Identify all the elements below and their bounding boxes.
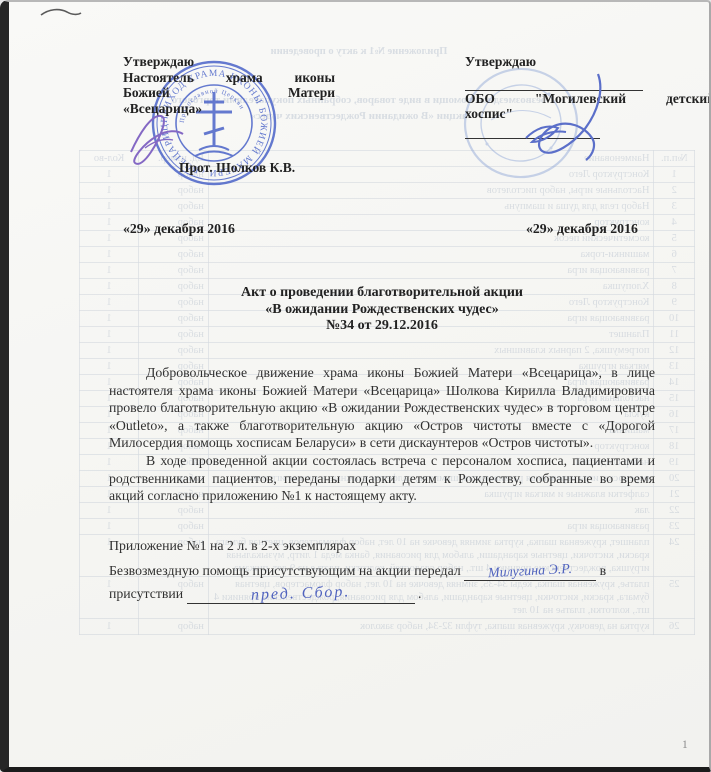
page-number: 1 — [682, 739, 688, 751]
approval-block-left: Утверждаю Настоятель храма иконы Божией … — [123, 54, 335, 116]
approve-line: «Всецарица» — [123, 101, 335, 117]
approve-line: Божией Матери — [123, 85, 335, 101]
paragraph-1: Добровольческое движение храма иконы Бож… — [109, 364, 655, 452]
handover-text: Безвозмездную помощь присутствующим на а… — [109, 563, 461, 578]
approve-line: Настоятель храма иконы — [123, 70, 335, 86]
approve-title-left: Утверждаю — [123, 54, 335, 70]
handwritten-witness: пред. Сбор. — [251, 583, 351, 604]
approve-word: Матери — [288, 85, 335, 101]
attachment-line: Приложение №1 на 2 л. в 2-х экземплярах — [109, 538, 356, 554]
act-title: Акт о проведении благотворительной акции… — [109, 285, 655, 335]
handover-line: Безвозмездную помощь присутствующим на а… — [109, 563, 655, 581]
act-body: Добровольческое движение храма иконы Бож… — [109, 364, 655, 505]
paragraph-2: В ходе проведенной акции состоялась встр… — [109, 452, 655, 505]
handover-signature-slot: Милугина Э.Р. — [464, 563, 596, 581]
date-left: «29» декабря 2016 — [123, 221, 235, 237]
date-right: «29» декабря 2016 — [526, 221, 638, 237]
scan-artifact-mark — [39, 6, 83, 20]
presence-signature-slot: пред. Сбор. — [187, 585, 415, 604]
presence-line: присутствии пред. Сбор. . — [109, 585, 422, 604]
presence-text: присутствии — [109, 586, 183, 601]
signature-right — [514, 64, 634, 164]
handwritten-name: Милугина Э.Р. — [488, 562, 573, 582]
document-content: ПРИХОД ХРАМА ИКОНЫ БОЖИЕЙ МАТЕРИ «ВСЕЦАР… — [9, 2, 709, 767]
document-page: Приложение №1 к акту о проведении безвоз… — [0, 0, 711, 772]
period: . — [418, 586, 421, 601]
approve-word: Божией — [123, 85, 170, 101]
act-title-line1: Акт о проведении благотворительной акции — [109, 285, 655, 302]
handover-text-suffix: в — [600, 563, 607, 578]
act-title-line3: №34 от 29.12.2016 — [109, 318, 655, 335]
act-title-line2: «В ожидании Рождественских чудес» — [109, 302, 655, 319]
signer-name: Прот. Шолков К.В. — [179, 160, 295, 176]
